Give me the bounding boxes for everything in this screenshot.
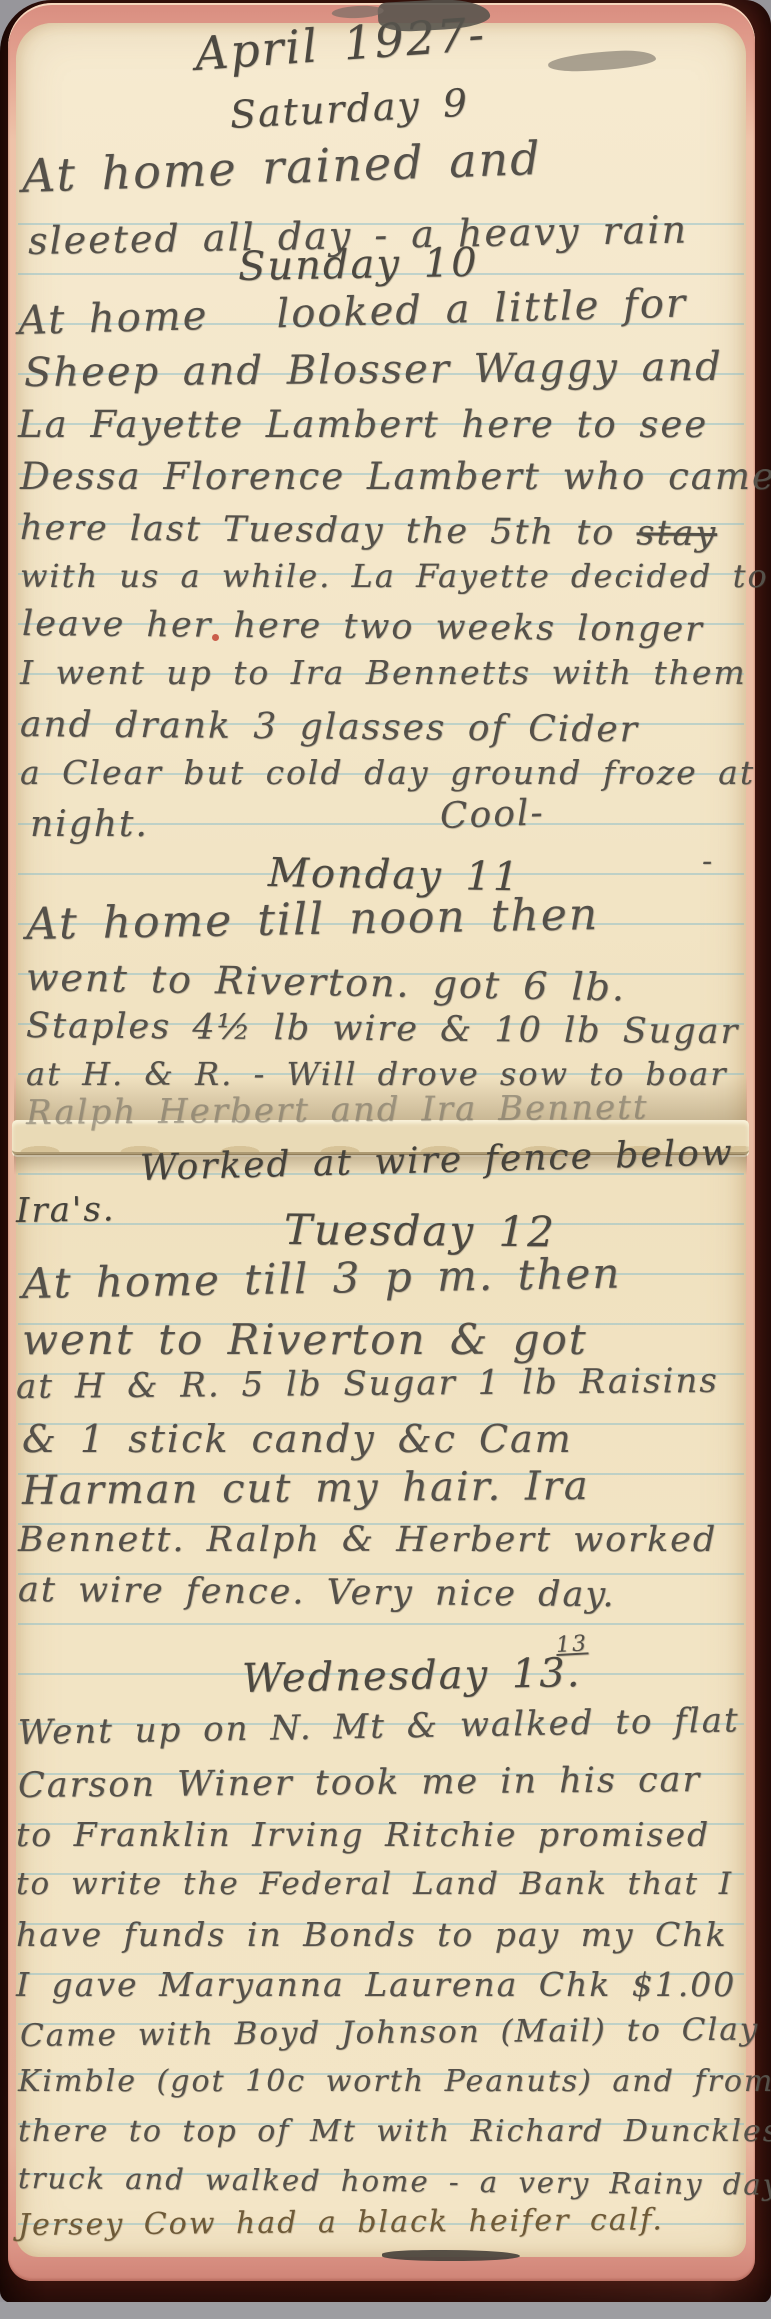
journal-line: and drank 3 glasses of Cider: [20, 706, 639, 749]
day-label: Wednesday 13.: [242, 1650, 582, 1702]
journal-line: Kimble (got 10c worth Peanuts) and from: [18, 2066, 771, 2098]
struck-word: stay: [636, 513, 717, 554]
line-text: here last Tuesday the 5th to: [20, 508, 637, 553]
ink-smear-bottom: [382, 2250, 520, 2261]
journal-line: I went up to Ira Bennetts with them: [20, 656, 747, 691]
journal-line: to Franklin Irving Ritchie promised: [16, 1818, 710, 1853]
journal-line: Ira's.: [16, 1192, 116, 1229]
journal-line: At home till noon then: [26, 892, 600, 948]
notebook-photo: April 1927- Saturday 9 At home rained an…: [0, 0, 771, 2319]
journal-line: have funds in Bonds to pay my Chk: [16, 1918, 728, 1953]
journal-line: went to Riverton & got: [22, 1318, 588, 1362]
entry-heading-sunday: Sunday 10: [238, 242, 479, 288]
journal-line: Harman cut my hair. Ira: [22, 1465, 590, 1512]
entry-heading-tuesday: Tuesday 12: [284, 1208, 556, 1254]
journal-line: a Clear but cold day ground froze at: [20, 756, 755, 791]
journal-line: At home till 3 p m. then: [22, 1252, 622, 1307]
journal-line: Dessa Florence Lambert who came: [20, 458, 771, 497]
scanner-strip: [0, 2302, 771, 2319]
journal-line: truck and walked home - a very Rainy day: [18, 2163, 771, 2200]
journal-line: I gave Maryanna Laurena Chk $1.00: [16, 1968, 736, 2003]
journal-line: Carson Winer took me in his car: [18, 1762, 701, 1805]
journal-line: here last Tuesday the 5th to stay: [20, 510, 717, 553]
journal-line: there to top of Mt with Richard Dunckles: [18, 2116, 771, 2148]
journal-line: leave her here two weeks longer: [22, 606, 704, 649]
journal-line: Ralph Herbert and Ira Bennett: [26, 1091, 649, 1132]
margin-dash: -: [702, 846, 714, 878]
journal-line: La Fayette Lambert here to see: [18, 406, 708, 445]
journal-line: Came with Boyd Johnson (Mail) to Clay: [20, 2014, 760, 2053]
journal-line: & 1 stick candy &c Cam: [22, 1420, 573, 1460]
journal-line: with us a while. La Fayette decided to: [20, 560, 769, 594]
weather-note: Cool-: [439, 794, 545, 835]
journal-line: at wire fence. Very nice day.: [18, 1572, 616, 1614]
journal-line: night.: [30, 806, 149, 844]
journal-line: Bennett. Ralph & Herbert worked: [18, 1522, 717, 1559]
entry-heading-wednesday: Wednesday 13.: [242, 1652, 582, 1700]
journal-line: at H & R. 5 lb Sugar 1 lb Raisins: [16, 1364, 719, 1406]
journal-line: Sheep and Blosser Waggy and: [24, 346, 723, 394]
journal-line: at H. & R. - Will drove sow to boar: [26, 1058, 728, 1092]
red-dot-mark: [212, 634, 219, 641]
date-correction: 13: [555, 1632, 588, 1657]
journal-line: Staples 4½ lb wire & 10 lb Sugar: [26, 1008, 740, 1051]
journal-line: Jersey Cow had a black heifer calf.: [18, 2204, 664, 2241]
journal-line: to write the Federal Land Bank that I: [16, 1868, 733, 1901]
